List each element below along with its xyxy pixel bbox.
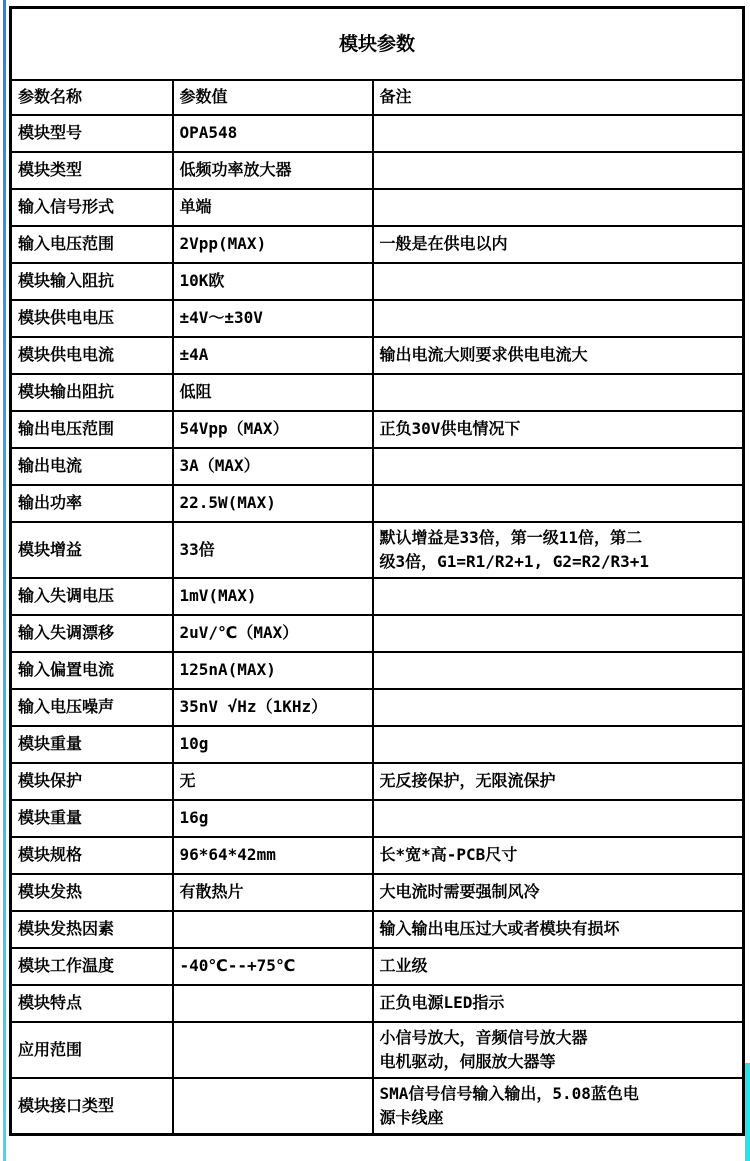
param-note-cell: 工业级 xyxy=(373,948,744,985)
table-row: 模块输入阻抗10K欧 xyxy=(11,263,744,300)
table-row: 模块工作温度-40℃--+75℃工业级 xyxy=(11,948,744,985)
param-value-cell: 单端 xyxy=(173,189,373,226)
param-name-cell: 输出电压范围 xyxy=(11,411,173,448)
param-value-cell: 有散热片 xyxy=(173,874,373,911)
column-header-note: 备注 xyxy=(373,80,744,115)
param-value-cell: 96*64*42mm xyxy=(173,837,373,874)
param-value-cell: 3A（MAX） xyxy=(173,448,373,485)
table-row: 输出功率22.5W(MAX) xyxy=(11,485,744,522)
param-value-cell: ±4V～±30V xyxy=(173,300,373,337)
table-row: 模块重量16g xyxy=(11,800,744,837)
param-note-cell xyxy=(373,300,744,337)
param-name-cell: 应用范围 xyxy=(11,1022,173,1078)
param-note-cell: SMA信号信号输入输出，5.08蓝色电 源卡线座 xyxy=(373,1078,744,1135)
param-note-cell xyxy=(373,689,744,726)
param-note-cell: 一般是在供电以内 xyxy=(373,226,744,263)
table-row: 输出电流3A（MAX） xyxy=(11,448,744,485)
param-name-cell: 模块发热因素 xyxy=(11,911,173,948)
param-name-cell: 模块输出阻抗 xyxy=(11,374,173,411)
table-row: 模块发热因素输入输出电压过大或者模块有损坏 xyxy=(11,911,744,948)
param-note-cell: 小信号放大，音频信号放大器 电机驱动，伺服放大器等 xyxy=(373,1022,744,1078)
param-note-cell: 正负30V供电情况下 xyxy=(373,411,744,448)
table-row: 应用范围小信号放大，音频信号放大器 电机驱动，伺服放大器等 xyxy=(11,1022,744,1078)
param-value-cell: ±4A xyxy=(173,337,373,374)
param-value-cell: 低阻 xyxy=(173,374,373,411)
param-name-cell: 模块型号 xyxy=(11,115,173,152)
param-name-cell: 模块重量 xyxy=(11,800,173,837)
param-note-cell: 输出电流大则要求供电电流大 xyxy=(373,337,744,374)
param-name-cell: 模块输入阻抗 xyxy=(11,263,173,300)
param-note-cell xyxy=(373,374,744,411)
param-note-cell: 长*宽*高-PCB尺寸 xyxy=(373,837,744,874)
table-row: 模块供电电压±4V～±30V xyxy=(11,300,744,337)
param-name-cell: 模块供电电压 xyxy=(11,300,173,337)
param-name-cell: 输入失调电压 xyxy=(11,578,173,615)
param-name-cell: 输入信号形式 xyxy=(11,189,173,226)
param-value-cell xyxy=(173,911,373,948)
title-row: 模块参数 xyxy=(11,8,744,80)
param-value-cell: 35nV √Hz（1KHz） xyxy=(173,689,373,726)
param-note-cell xyxy=(373,726,744,763)
table-row: 输入失调漂移2uV/℃（MAX） xyxy=(11,615,744,652)
param-note-cell: 正负电源LED指示 xyxy=(373,985,744,1022)
param-note-cell xyxy=(373,189,744,226)
table-row: 输入偏置电流125nA(MAX) xyxy=(11,652,744,689)
param-name-cell: 模块发热 xyxy=(11,874,173,911)
param-value-cell: 10g xyxy=(173,726,373,763)
param-value-cell: 33倍 xyxy=(173,522,373,578)
table-row: 模块特点正负电源LED指示 xyxy=(11,985,744,1022)
param-note-cell xyxy=(373,115,744,152)
table-row: 模块供电电流±4A输出电流大则要求供电电流大 xyxy=(11,337,744,374)
param-value-cell: 22.5W(MAX) xyxy=(173,485,373,522)
param-name-cell: 模块工作温度 xyxy=(11,948,173,985)
param-note-cell xyxy=(373,615,744,652)
param-value-cell: 16g xyxy=(173,800,373,837)
param-name-cell: 输出电流 xyxy=(11,448,173,485)
param-note-cell xyxy=(373,263,744,300)
param-value-cell: 2uV/℃（MAX） xyxy=(173,615,373,652)
param-name-cell: 模块特点 xyxy=(11,985,173,1022)
param-note-cell xyxy=(373,652,744,689)
module-parameters-table: 模块参数 参数名称 参数值 备注 模块型号OPA548模块类型低频功率放大器输入… xyxy=(9,6,745,1136)
param-value-cell: 1mV(MAX) xyxy=(173,578,373,615)
param-value-cell: 无 xyxy=(173,763,373,800)
param-note-cell: 无反接保护，无限流保护 xyxy=(373,763,744,800)
column-header-param-value: 参数值 xyxy=(173,80,373,115)
param-name-cell: 模块接口类型 xyxy=(11,1078,173,1135)
left-edge-line xyxy=(3,0,6,1161)
param-value-cell: 低频功率放大器 xyxy=(173,152,373,189)
table-row: 模块保护无无反接保护，无限流保护 xyxy=(11,763,744,800)
param-note-cell: 大电流时需要强制风冷 xyxy=(373,874,744,911)
param-name-cell: 模块类型 xyxy=(11,152,173,189)
param-name-cell: 输出功率 xyxy=(11,485,173,522)
param-value-cell xyxy=(173,1022,373,1078)
table-row: 输入电压噪声35nV √Hz（1KHz） xyxy=(11,689,744,726)
param-name-cell: 输入失调漂移 xyxy=(11,615,173,652)
param-value-cell: 2Vpp(MAX) xyxy=(173,226,373,263)
param-name-cell: 输入偏置电流 xyxy=(11,652,173,689)
param-value-cell: 10K欧 xyxy=(173,263,373,300)
param-value-cell xyxy=(173,985,373,1022)
table-row: 模块增益33倍默认增益是33倍，第一级11倍，第二 级3倍，G1=R1/R2+1… xyxy=(11,522,744,578)
table-row: 输入电压范围2Vpp(MAX)一般是在供电以内 xyxy=(11,226,744,263)
table-row: 模块发热有散热片大电流时需要强制风冷 xyxy=(11,874,744,911)
table-row: 输入失调电压1mV(MAX) xyxy=(11,578,744,615)
table-row: 输入信号形式单端 xyxy=(11,189,744,226)
param-name-cell: 模块重量 xyxy=(11,726,173,763)
table-row: 模块重量10g xyxy=(11,726,744,763)
param-note-cell xyxy=(373,152,744,189)
table-row: 模块类型低频功率放大器 xyxy=(11,152,744,189)
param-value-cell: OPA548 xyxy=(173,115,373,152)
param-name-cell: 输入电压噪声 xyxy=(11,689,173,726)
param-note-cell xyxy=(373,578,744,615)
param-note-cell: 默认增益是33倍，第一级11倍，第二 级3倍，G1=R1/R2+1, G2=R2… xyxy=(373,522,744,578)
param-note-cell xyxy=(373,448,744,485)
param-note-cell xyxy=(373,485,744,522)
param-note-cell xyxy=(373,800,744,837)
param-name-cell: 模块规格 xyxy=(11,837,173,874)
table-body: 模块型号OPA548模块类型低频功率放大器输入信号形式单端输入电压范围2Vpp(… xyxy=(11,115,744,1135)
param-name-cell: 输入电压范围 xyxy=(11,226,173,263)
table-row: 输出电压范围54Vpp（MAX）正负30V供电情况下 xyxy=(11,411,744,448)
param-name-cell: 模块供电电流 xyxy=(11,337,173,374)
right-edge-strip xyxy=(745,1063,750,1161)
table-row: 模块型号OPA548 xyxy=(11,115,744,152)
param-value-cell: 125nA(MAX) xyxy=(173,652,373,689)
param-value-cell: 54Vpp（MAX） xyxy=(173,411,373,448)
table-row: 模块规格96*64*42mm长*宽*高-PCB尺寸 xyxy=(11,837,744,874)
param-name-cell: 模块保护 xyxy=(11,763,173,800)
table-row: 模块输出阻抗低阻 xyxy=(11,374,744,411)
column-header-param-name: 参数名称 xyxy=(11,80,173,115)
header-row: 参数名称 参数值 备注 xyxy=(11,80,744,115)
table-row: 模块接口类型SMA信号信号输入输出，5.08蓝色电 源卡线座 xyxy=(11,1078,744,1135)
table-title: 模块参数 xyxy=(11,8,744,80)
param-name-cell: 模块增益 xyxy=(11,522,173,578)
param-note-cell: 输入输出电压过大或者模块有损坏 xyxy=(373,911,744,948)
param-value-cell: -40℃--+75℃ xyxy=(173,948,373,985)
param-value-cell xyxy=(173,1078,373,1135)
